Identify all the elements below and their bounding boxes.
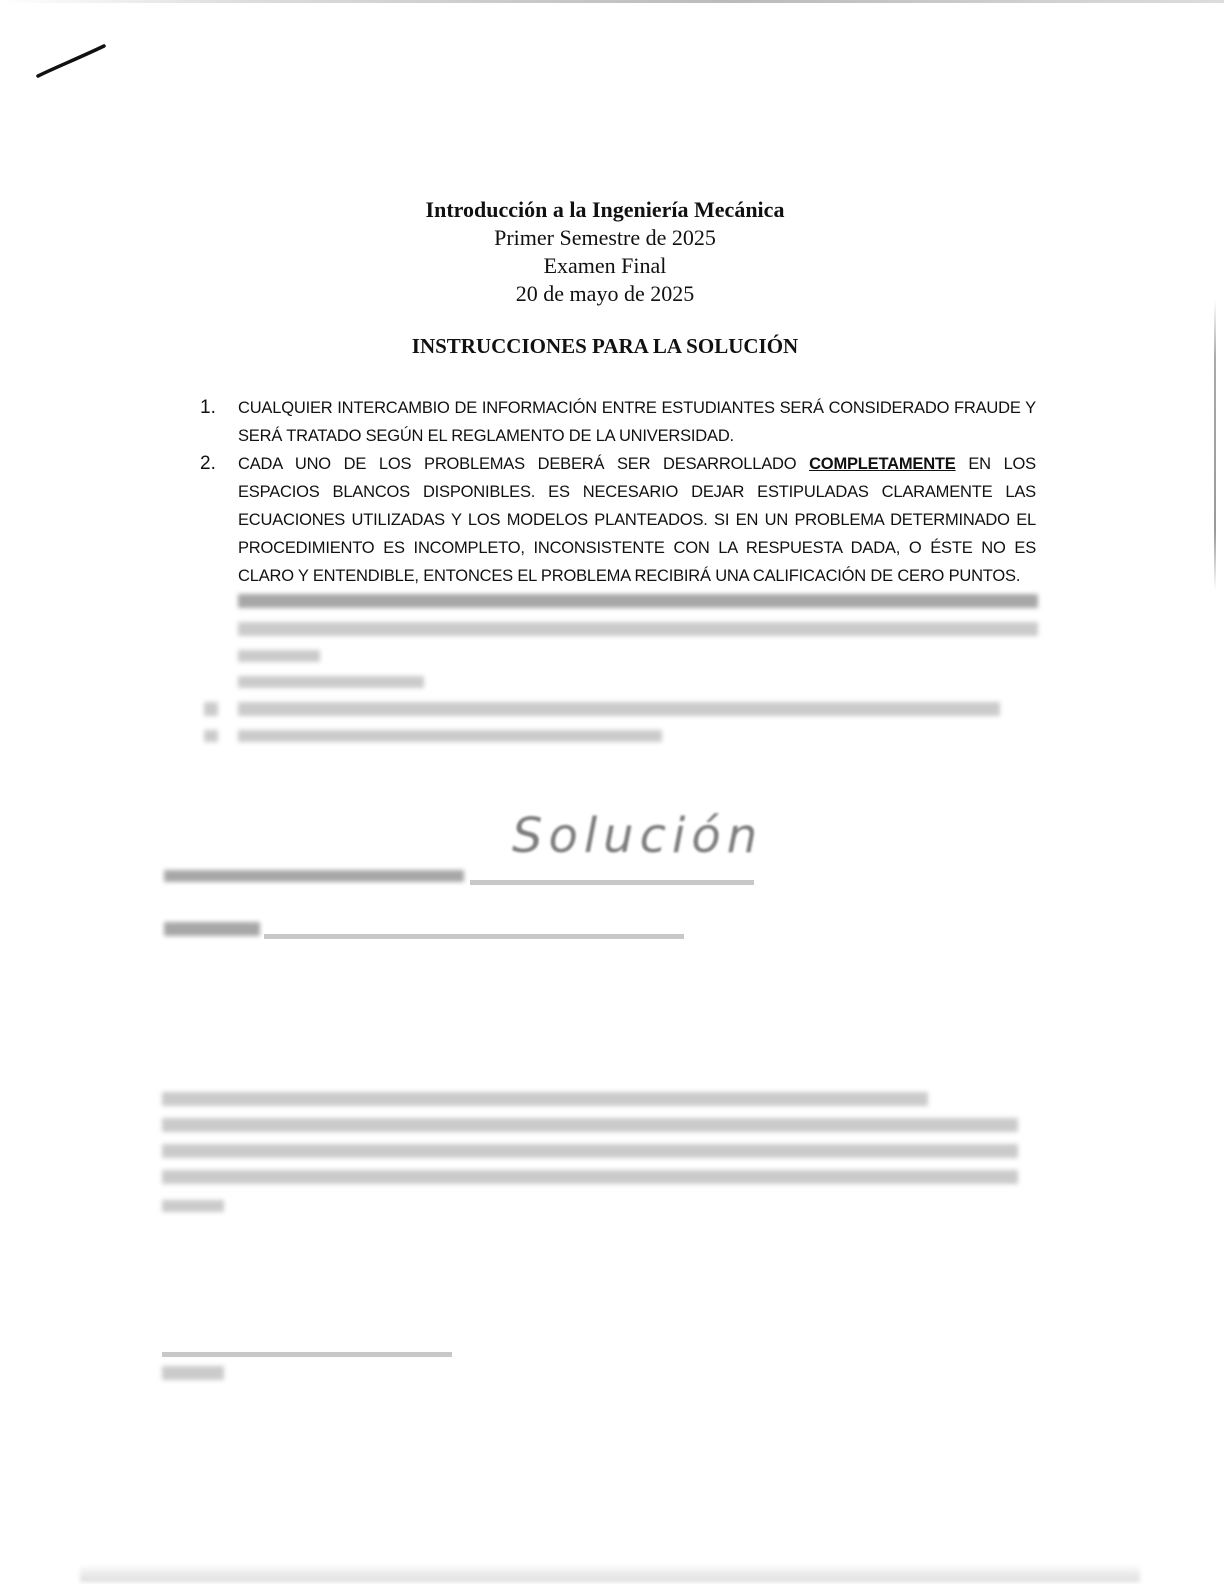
instruction-item: 1. Cualquier intercambio de información … <box>200 394 1036 450</box>
scan-edge-top <box>0 0 1224 3</box>
emphasis-word: completamente <box>809 455 956 473</box>
student-name-value: Solución <box>512 808 763 864</box>
item-text-part: Cada uno de los problemas deberá ser des… <box>238 455 809 473</box>
item-text-part: en los espacios blancos disponibles. Es … <box>238 455 1036 585</box>
instructions-list: 1. Cualquier intercambio de información … <box>200 394 1036 590</box>
redacted-text <box>238 676 424 688</box>
instruction-item: 2. Cada uno de los problemas deberá ser … <box>200 450 1036 590</box>
course-title: Introducción a la Ingeniería Mecánica <box>0 196 1210 224</box>
item-number: 1. <box>200 394 238 450</box>
item-text: Cada uno de los problemas deberá ser des… <box>238 450 1036 590</box>
scan-edge-bottom <box>80 1564 1140 1582</box>
item-number: 2. <box>200 450 238 590</box>
redacted-text <box>238 730 662 742</box>
semester: Primer Semestre de 2025 <box>0 224 1210 252</box>
redacted-paragraph-line <box>162 1170 1018 1184</box>
student-name-label <box>164 870 464 882</box>
redacted-text <box>238 650 320 662</box>
redacted-text <box>238 594 1038 608</box>
redacted-text <box>238 702 1000 716</box>
signature-label <box>162 1366 224 1380</box>
exam-type: Examen Final <box>0 252 1210 280</box>
scan-edge-right <box>1214 300 1216 590</box>
student-name-line <box>470 880 754 885</box>
instructions-heading: INSTRUCCIONES PARA LA SOLUCIÓN <box>0 332 1210 360</box>
item-text: Cualquier intercambio de información ent… <box>238 394 1036 450</box>
document-header: Introducción a la Ingeniería Mecánica Pr… <box>0 196 1210 360</box>
redacted-paragraph-line <box>162 1118 1018 1132</box>
signature-line <box>162 1352 452 1357</box>
exam-date: 20 de mayo de 2025 <box>0 280 1210 308</box>
redacted-item-number <box>204 730 218 742</box>
redacted-paragraph-line <box>162 1200 224 1212</box>
redacted-paragraph-line <box>162 1144 1018 1158</box>
pen-mark <box>34 40 114 80</box>
student-code-label <box>164 922 260 936</box>
student-code-line <box>264 934 684 939</box>
redacted-item-number <box>204 702 218 716</box>
redacted-paragraph-line <box>162 1092 928 1106</box>
redacted-text <box>238 622 1038 636</box>
